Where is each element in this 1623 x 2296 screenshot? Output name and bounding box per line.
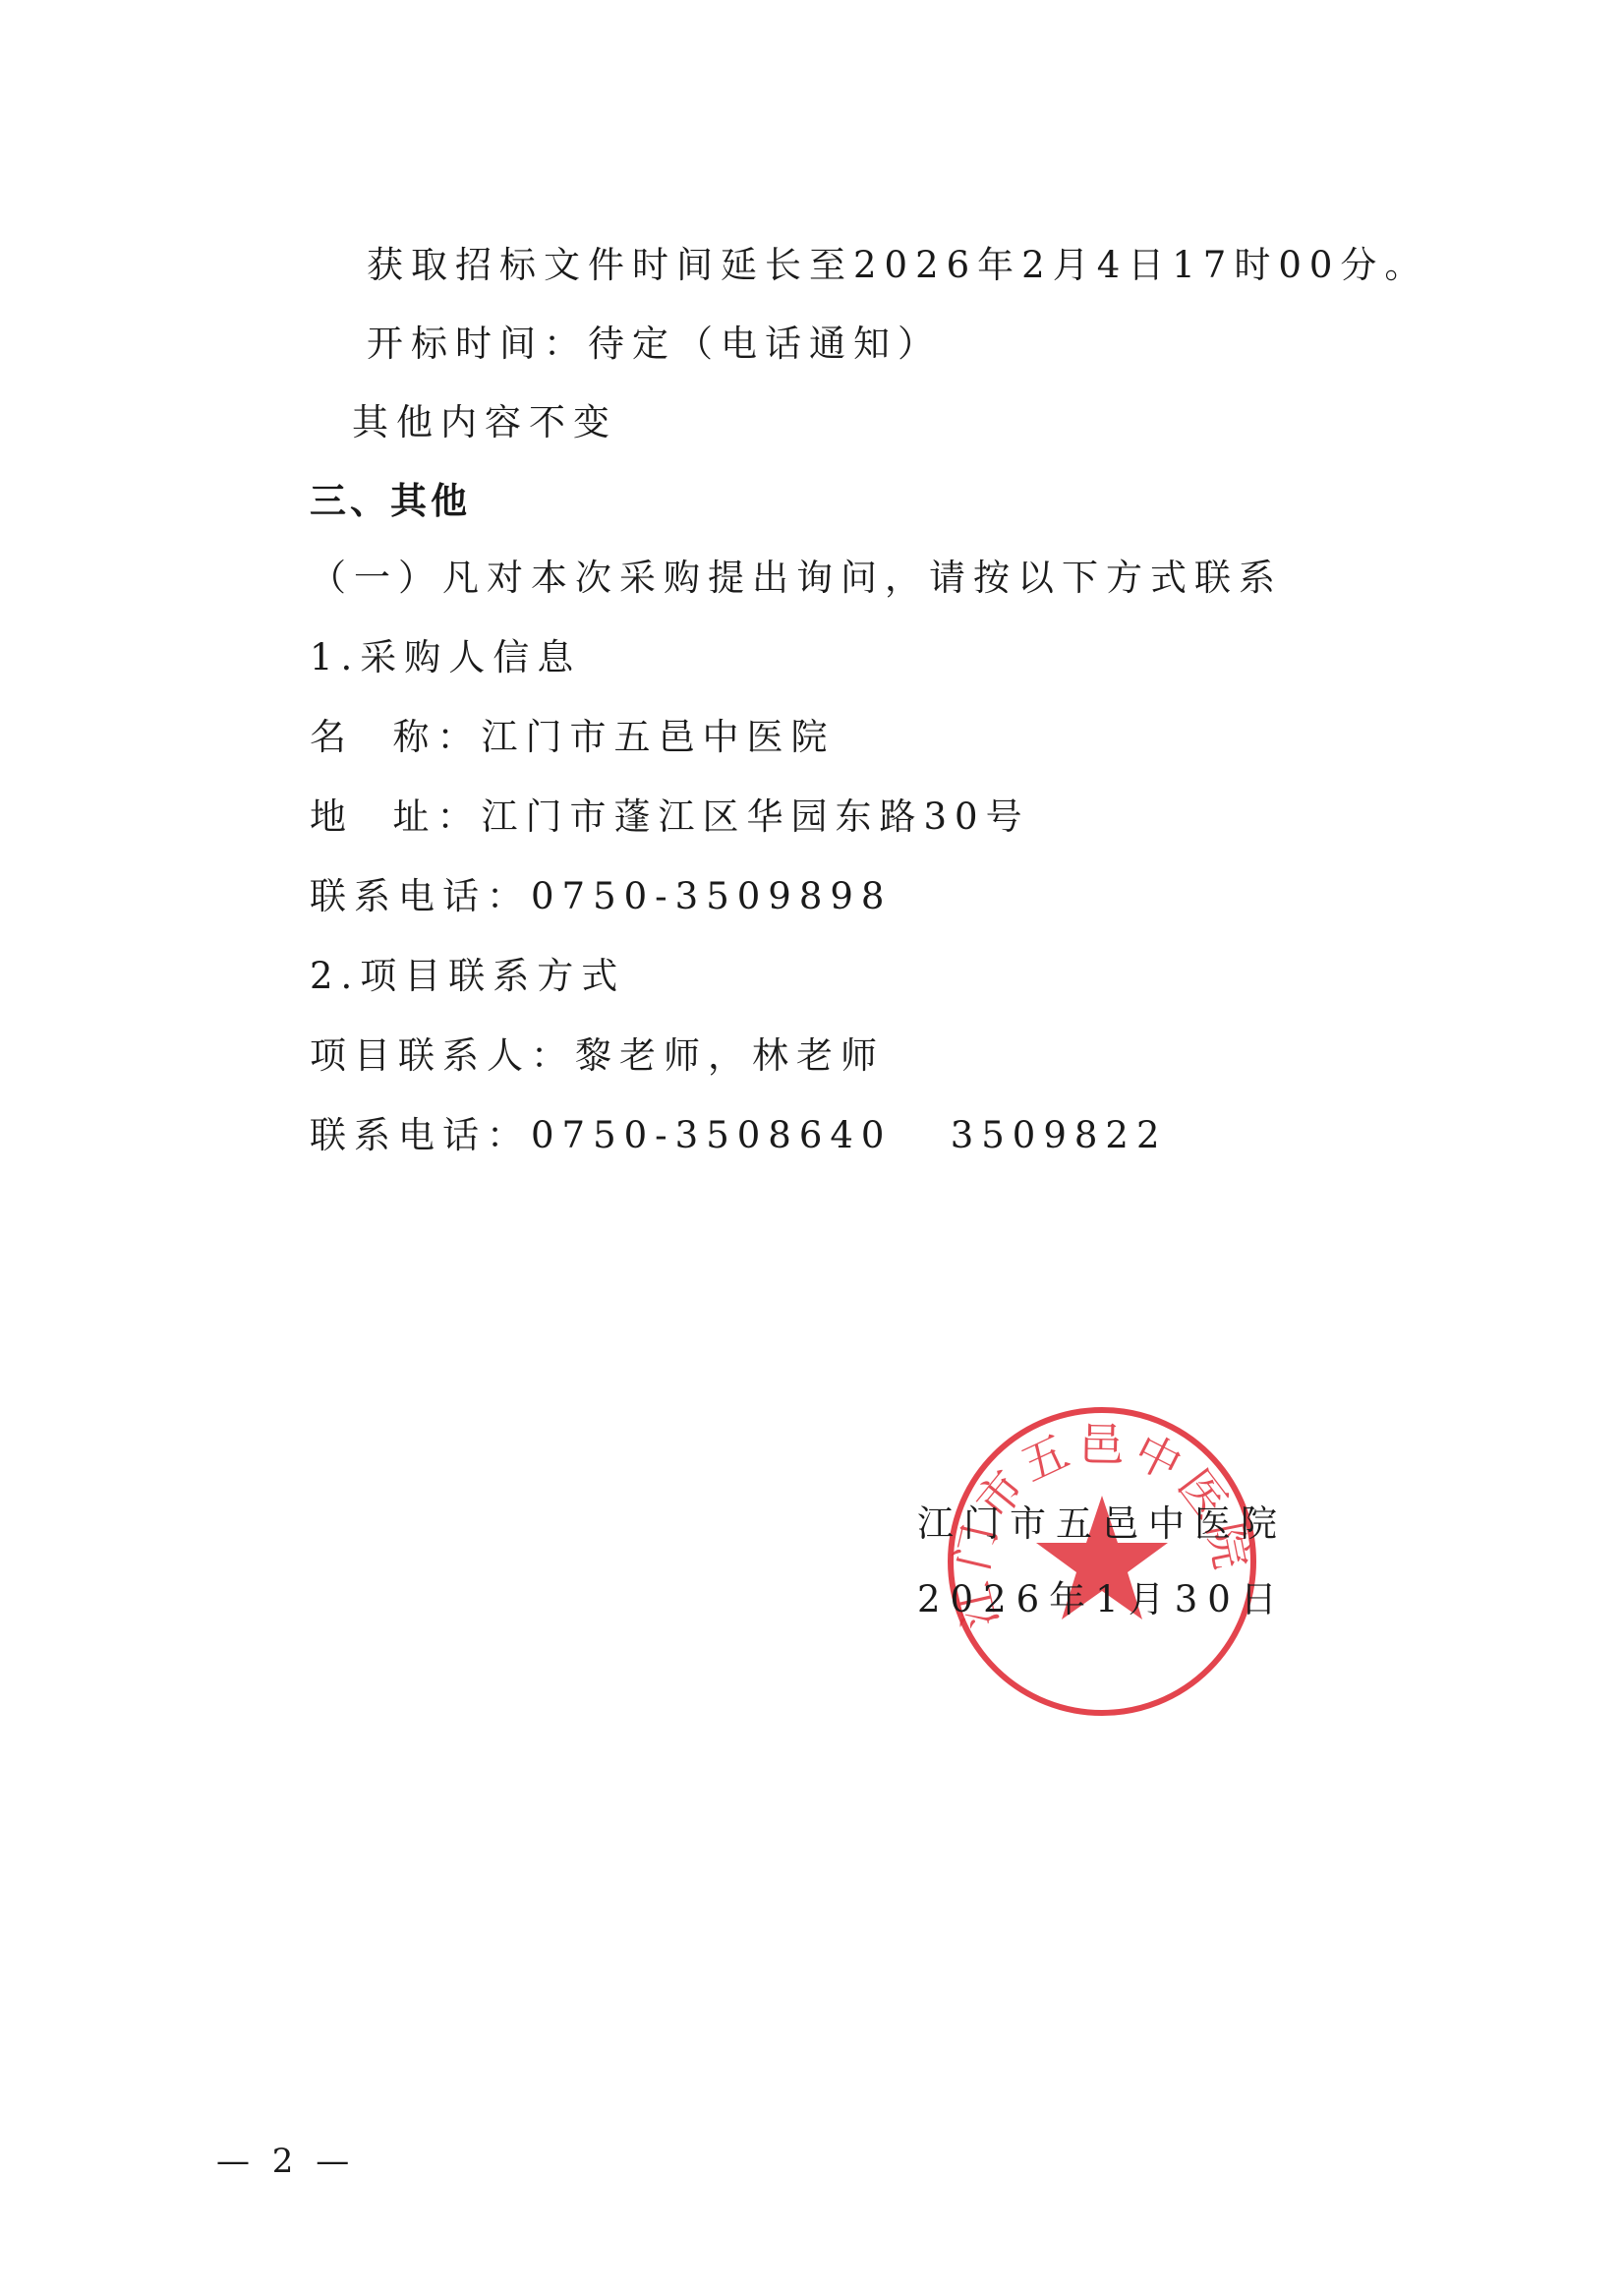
purchaser-name: 名 称：江门市五邑中医院 [310,716,836,759]
purchaser-address: 地 址：江门市蓬江区华园东路30号 [310,795,1030,839]
bid-opening-time-line: 开标时间：待定（电话通知） [367,323,942,366]
signature-date: 2026年1月30日 [917,1578,1287,1621]
other-unchanged-line: 其他内容不变 [352,401,617,444]
official-seal-stamp: 江门市五邑中医院 [946,1405,1258,1718]
purchaser-phone: 联系电话：0750-3509898 [310,875,892,918]
section-heading: 三、其他 [310,480,471,523]
subsection-heading: （一）凡对本次采购提出询问，请按以下方式联系 [310,557,1283,600]
page-number: — 2 — [216,2142,355,2181]
signature-organization: 江门市五邑中医院 [917,1502,1287,1546]
bid-doc-deadline-line: 获取招标文件时间延长至2026年2月4日17时00分。 [367,244,1428,287]
purchaser-heading: 1.采购人信息 [310,636,581,679]
project-contacts: 项目联系人：黎老师，林老师 [310,1034,885,1078]
project-phone: 联系电话：0750-3508640 3509822 [310,1114,1168,1157]
project-contact-heading: 2.项目联系方式 [310,955,625,998]
